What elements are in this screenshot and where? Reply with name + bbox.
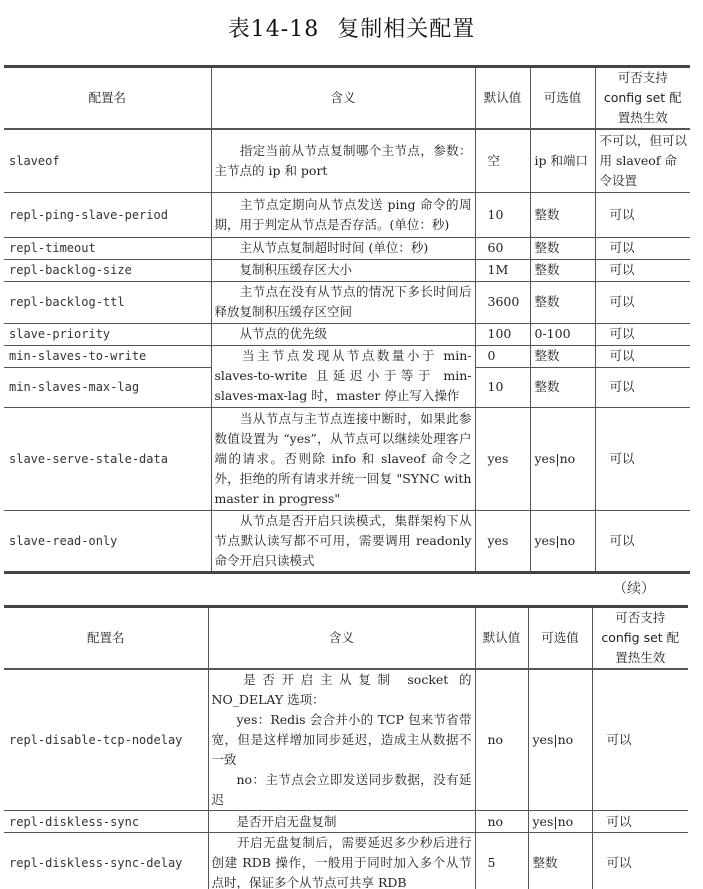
config-options: 整数	[530, 345, 595, 367]
config-desc: 从节点的优先级	[211, 323, 475, 345]
config-set-support: 可以	[595, 345, 690, 367]
config-options: ip 和端口	[530, 129, 595, 192]
continued-label: （续）	[613, 578, 655, 598]
config-name: repl-backlog-ttl	[4, 281, 211, 323]
header-row: 配置名 含义 默认值 可选值 可否支持 config set 配置热生效	[4, 607, 688, 670]
config-set-support: 可以	[595, 237, 690, 259]
config-name: slave-serve-stale-data	[4, 407, 211, 510]
config-default: 10	[475, 192, 530, 237]
config-set-support: 可以	[595, 510, 690, 572]
config-desc: 当主节点发现从节点数量小于 min-slaves-to-write 且延迟小于等…	[211, 345, 475, 407]
header-row: 配置名 含义 默认值 可选值 可否支持 config set 配置热生效	[4, 67, 690, 130]
header-meaning: 含义	[208, 607, 475, 670]
config-name: slave-priority	[4, 323, 211, 345]
config-name: slave-read-only	[4, 510, 211, 572]
config-default: 空	[475, 129, 530, 192]
config-desc: 主节点在没有从节点的情况下多长时间后释放复制积压缓存区空间	[211, 281, 475, 323]
config-desc: 指定当前从节点复制哪个主节点，参数：主节点的 ip 和 port	[211, 129, 475, 192]
config-set-support: 可以	[595, 259, 690, 281]
config-default: 60	[475, 237, 530, 259]
config-set-support: 可以	[595, 323, 690, 345]
config-default: 100	[475, 323, 530, 345]
config-default: 0	[475, 345, 530, 367]
config-set-support: 可以	[592, 833, 688, 889]
table-row: repl-diskless-sync 是否开启无盘复制 no yes|no 可以	[4, 811, 688, 833]
table-row: repl-diskless-sync-delay 开启无盘复制后，需要延迟多少秒…	[4, 833, 688, 889]
config-set-support: 可以	[592, 811, 688, 833]
table-number: 表14-18	[228, 17, 319, 42]
config-name: repl-timeout	[4, 237, 211, 259]
header-meaning: 含义	[211, 67, 475, 130]
header-name: 配置名	[4, 607, 208, 670]
config-default: 1M	[475, 259, 530, 281]
config-name: repl-backlog-size	[4, 259, 211, 281]
config-options: yes|no	[530, 510, 595, 572]
config-name: repl-disable-tcp-nodelay	[4, 669, 208, 811]
config-default: yes	[475, 510, 530, 572]
config-desc: 主从节点复制超时时间 (单位：秒)	[211, 237, 475, 259]
config-set-support: 可以	[595, 281, 690, 323]
config-desc: 当从节点与主节点连接中断时，如果此参数值设置为 “yes”，从节点可以继续处理客…	[211, 407, 475, 510]
config-set-support: 可以	[592, 669, 688, 811]
config-name: min-slaves-max-lag	[4, 367, 211, 407]
config-options: 整数	[530, 259, 595, 281]
header-default: 默认值	[475, 67, 530, 130]
config-options: 整数	[530, 237, 595, 259]
config-default: no	[475, 811, 528, 833]
config-default: 10	[475, 367, 530, 407]
config-options: 整数	[528, 833, 592, 889]
config-default: no	[475, 669, 528, 811]
table-row: repl-timeout 主从节点复制超时时间 (单位：秒) 60 整数 可以	[4, 237, 690, 259]
header-config-set: 可否支持 config set 配置热生效	[592, 607, 688, 670]
table-row: repl-ping-slave-period 主节点定期向从节点发送 ping …	[4, 192, 690, 237]
config-set-support: 可以	[595, 367, 690, 407]
config-desc: 复制积压缓存区大小	[211, 259, 475, 281]
config-default: yes	[475, 407, 530, 510]
table-title: 复制相关配置	[337, 17, 475, 42]
table-row: repl-disable-tcp-nodelay 是否开启主从复制 socket…	[4, 669, 688, 811]
header-options: 可选值	[528, 607, 592, 670]
config-default: 5	[475, 833, 528, 889]
config-set-support: 可以	[595, 192, 690, 237]
config-table-continued: 配置名 含义 默认值 可选值 可否支持 config set 配置热生效 rep…	[4, 605, 688, 889]
config-options: yes|no	[528, 811, 592, 833]
table-row: repl-backlog-ttl 主节点在没有从节点的情况下多长时间后释放复制积…	[4, 281, 690, 323]
config-set-support: 可以	[595, 407, 690, 510]
config-desc: 开启无盘复制后，需要延迟多少秒后进行创建 RDB 操作，一般用于同时加入多个从节…	[208, 833, 475, 889]
table-row: slave-read-only 从节点是否开启只读模式，集群架构下从节点默认读写…	[4, 510, 690, 572]
config-name: slaveof	[4, 129, 211, 192]
config-name: repl-diskless-sync	[4, 811, 208, 833]
config-name: repl-diskless-sync-delay	[4, 833, 208, 889]
config-name: repl-ping-slave-period	[4, 192, 211, 237]
config-options: 整数	[530, 192, 595, 237]
config-table: 配置名 含义 默认值 可选值 可否支持 config set 配置热生效 sla…	[4, 65, 690, 574]
table-row: repl-backlog-size 复制积压缓存区大小 1M 整数 可以	[4, 259, 690, 281]
config-default: 3600	[475, 281, 530, 323]
header-options: 可选值	[530, 67, 595, 130]
header-name: 配置名	[4, 67, 211, 130]
header-default: 默认值	[475, 607, 528, 670]
table-row: min-slaves-to-write 当主节点发现从节点数量小于 min-sl…	[4, 345, 690, 367]
table-row: slaveof 指定当前从节点复制哪个主节点，参数：主节点的 ip 和 port…	[4, 129, 690, 192]
config-set-support: 不可以，但可以用 slaveof 命令设置	[595, 129, 690, 192]
config-desc: 主节点定期向从节点发送 ping 命令的周期，用于判定从节点是否存活。(单位：秒…	[211, 192, 475, 237]
config-options: yes|no	[530, 407, 595, 510]
table-caption: 表14-18复制相关配置	[0, 12, 703, 43]
config-name: min-slaves-to-write	[4, 345, 211, 367]
config-options: 整数	[530, 281, 595, 323]
config-desc: 是否开启主从复制 socket 的 NO_DELAY 选项： yes：Redis…	[208, 669, 475, 811]
table-row: slave-priority 从节点的优先级 100 0-100 可以	[4, 323, 690, 345]
table-row: slave-serve-stale-data 当从节点与主节点连接中断时，如果此…	[4, 407, 690, 510]
config-desc: 从节点是否开启只读模式，集群架构下从节点默认读写都不可用，需要调用 readon…	[211, 510, 475, 572]
config-options: 0-100	[530, 323, 595, 345]
config-options: yes|no	[528, 669, 592, 811]
config-desc: 是否开启无盘复制	[208, 811, 475, 833]
config-options: 整数	[530, 367, 595, 407]
header-config-set: 可否支持 config set 配置热生效	[595, 67, 690, 130]
